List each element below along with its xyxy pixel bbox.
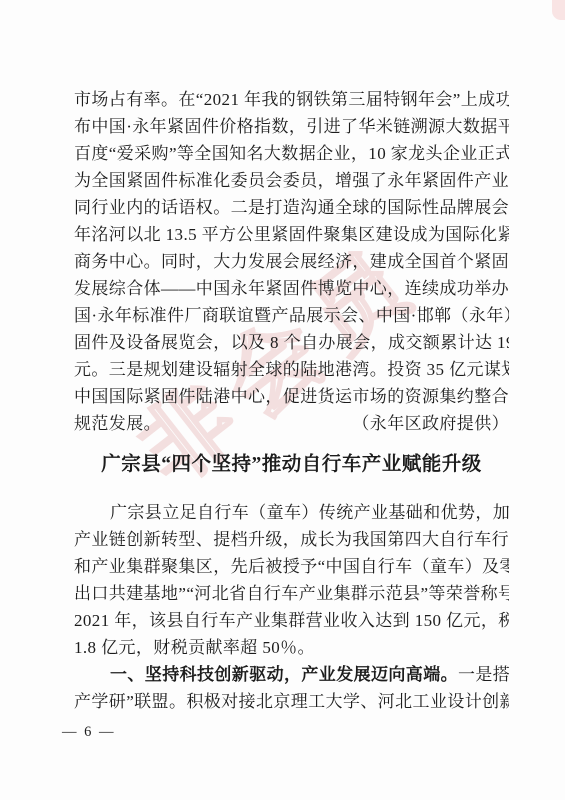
document-page: 非会员 市场占有率。在“2021 年我的钢铁第三届特钢年会”上成功发 布中国·永… (0, 0, 565, 800)
body-line: 百度“爱采购”等全国知名大数据企业，10 家龙头企业正式成 (74, 140, 509, 167)
body-line: 同行业内的话语权。二是打造沟通全球的国际性品牌展会。将永 (74, 194, 509, 221)
body-line: 市场占有率。在“2021 年我的钢铁第三届特钢年会”上成功发 (74, 86, 509, 113)
article2-title: 广宗县“四个坚持”推动自行车产业赋能升级 (74, 452, 509, 478)
body-line: 固件及设备展览会，以及 8 个自办展会，成交额累计达 197 亿 (74, 329, 509, 356)
body-line: 出口共建基地”“河北省自行车产业集群示范县”等荣誉称号。 (74, 580, 509, 607)
body-line: 1.8 亿元，财税贡献率超 50％。 (74, 634, 509, 661)
body-line: 和产业集群聚集区，先后被授予“中国自行车（童车）及零部件 (74, 553, 509, 580)
body-line: 商务中心。同时，大力发展会展经济，建成全国首个紧固件产业 (74, 248, 509, 275)
body-line: 发展综合体——中国永年紧固件博览中心，连续成功举办五届中 (74, 275, 509, 302)
paragraph-lead-bold: 一、坚持科技创新驱动，产业发展迈向高端。 (110, 665, 458, 684)
article1-closing-text: 规范发展。 (74, 410, 161, 437)
article1-attribution: （永年区政府提供） (352, 410, 509, 437)
body-line: 中国国际紧固件陆港中心，促进货运市场的资源集约整合和行业 (74, 383, 509, 410)
body-line: 2021 年，该县自行车产业集群营业收入达到 150 亿元，税收超 (74, 607, 509, 634)
body-line: 一、坚持科技创新驱动，产业发展迈向高端。一是搭建“政 (74, 661, 509, 688)
body-line: 产业链创新转型、提档升级，成长为我国第四大自行车行业板块 (74, 526, 509, 553)
body-line: 广宗县立足自行车（童车）传统产业基础和优势，加快推进 (74, 499, 509, 526)
paragraph-lead-rest: 一是搭建“政 (458, 665, 509, 684)
corner-stamp-fragment (552, 0, 565, 20)
page-number: — 6 — (62, 724, 509, 741)
body-line: 布中国·永年紧固件价格指数，引进了华米链溯源大数据平台、 (74, 113, 509, 140)
article2-paragraph2: 一、坚持科技创新驱动，产业发展迈向高端。一是搭建“政 产学研”联盟。积极对接北京… (74, 661, 509, 715)
body-line: 国·永年标准件厂商联谊暨产品展示会、中国·邯郸（永年）紧 (74, 302, 509, 329)
article1-paragraph: 市场占有率。在“2021 年我的钢铁第三届特钢年会”上成功发 布中国·永年紧固件… (74, 86, 509, 437)
body-line: 元。三是规划建设辐射全球的陆地港湾。投资 35 亿元谋划建设 (74, 356, 509, 383)
article1-closing-line: 规范发展。 （永年区政府提供） (74, 410, 509, 437)
article2-paragraph1: 广宗县立足自行车（童车）传统产业基础和优势，加快推进 产业链创新转型、提档升级，… (74, 499, 509, 661)
body-line: 年洺河以北 13.5 平方公里紧固件聚集区建设成为国际化紧固件 (74, 221, 509, 248)
page-content: 市场占有率。在“2021 年我的钢铁第三届特钢年会”上成功发 布中国·永年紧固件… (74, 86, 509, 741)
body-line: 产学研”联盟。积极对接北京理工大学、河北工业设计创新中心 (74, 688, 509, 715)
body-line: 为全国紧固件标准化委员会委员，增强了永年紧固件产业在全国 (74, 167, 509, 194)
